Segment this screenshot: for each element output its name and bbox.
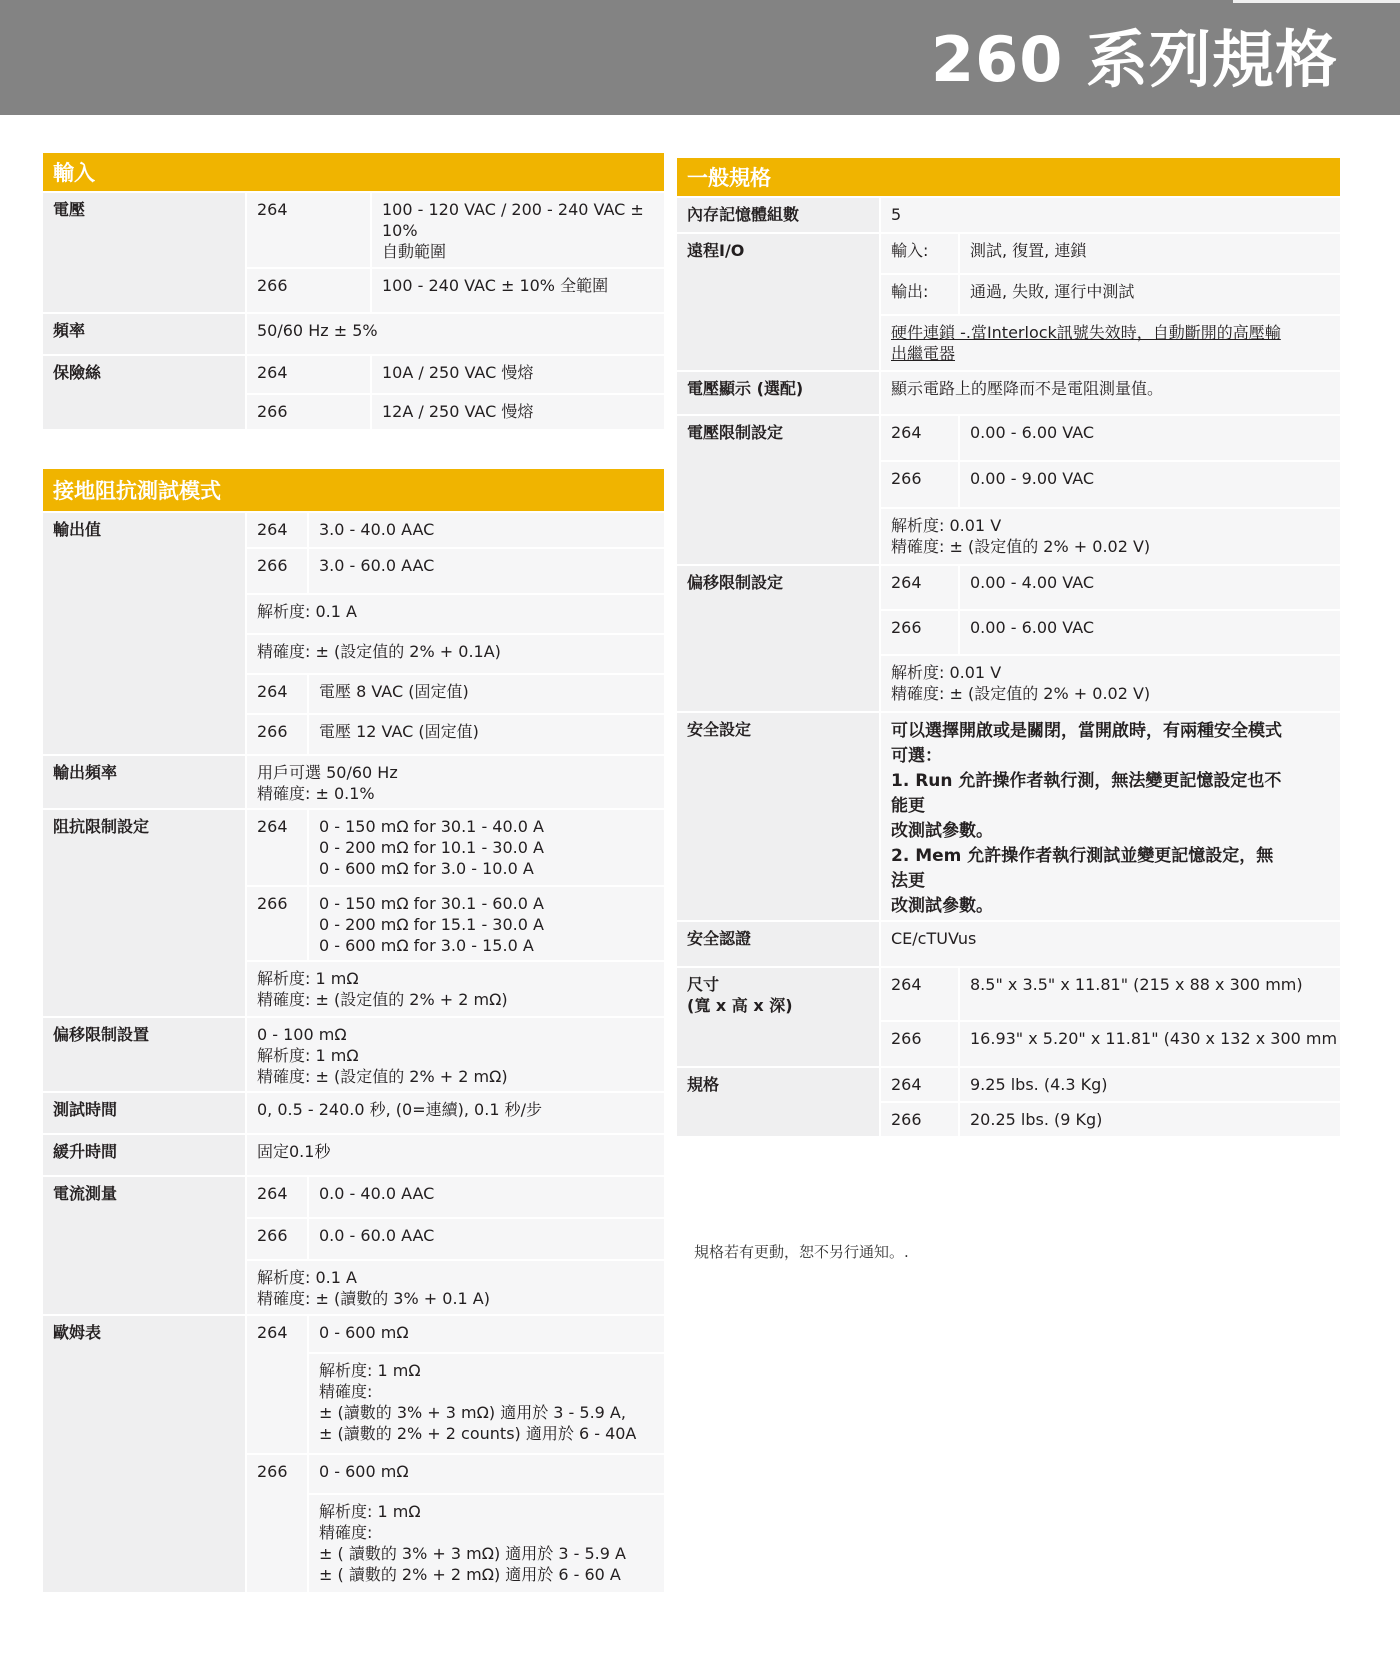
model-266: 266 [247, 1455, 307, 1592]
label-impedance-limit: 阻抗限制設定 [43, 810, 245, 1016]
value-fuse-264: 10A / 250 VAC 慢熔 [372, 356, 664, 393]
section-title-general: 一般規格 [677, 158, 1340, 196]
model-264: 264 [881, 416, 958, 460]
value-frequency: 50/60 Hz ± 5% [247, 314, 664, 354]
value-test-time: 0, 0.5 - 240.0 秒, (0=連續), 0.1 秒/步 [247, 1093, 664, 1133]
remote-io-output-value: 通過, 失敗, 運行中測試 [960, 275, 1340, 314]
model-266: 266 [881, 1103, 958, 1136]
model-264: 264 [247, 675, 307, 713]
model-266: 266 [247, 715, 307, 754]
value-current-264: 0.0 - 40.0 AAC [309, 1177, 664, 1217]
value-current-note: 解析度: 0.1 A 精確度: ± (讀數的 3% + 0.1 A) [247, 1261, 664, 1314]
value-output-freq: 用戶可選 50/60 Hz 精確度: ± 0.1% [247, 756, 664, 808]
value-voltage-264: 100 - 120 VAC / 200 - 240 VAC ± 10% 自動範圍 [372, 193, 664, 267]
label-frequency: 頻率 [43, 314, 245, 354]
label-voltage-limit: 電壓限制設定 [677, 416, 879, 564]
model-264: 264 [881, 1068, 958, 1101]
model-266: 266 [881, 611, 958, 654]
value-ohm-range-266: 0 - 600 mΩ [309, 1455, 664, 1493]
value-resolution: 解析度: 0.1 A [247, 595, 664, 633]
value-safety-cert: CE/cTUVus [881, 922, 1340, 966]
label-output-freq: 輸出頻率 [43, 756, 245, 808]
model-266: 266 [247, 887, 307, 960]
model-266: 266 [881, 1022, 958, 1066]
label-ohmmeter: 歐姆表 [43, 1316, 245, 1592]
label-output-value: 輸出值 [43, 513, 245, 754]
label-test-time: 測試時間 [43, 1093, 245, 1133]
value-offset-limit-266: 0.00 - 6.00 VAC [960, 611, 1340, 654]
page-title: 260 系列規格 [931, 22, 1338, 98]
value-weight-264: 9.25 lbs. (4.3 Kg) [960, 1068, 1340, 1101]
model-264: 264 [881, 566, 958, 609]
label-weight: 規格 [677, 1068, 879, 1136]
value-current-266: 0.0 - 60.0 AAC [309, 1219, 664, 1259]
label-ramp-time: 緩升時間 [43, 1135, 245, 1175]
value-fixed-voltage-266: 電壓 12 VAC (固定值) [309, 715, 664, 754]
value-voltage-266: 100 - 240 VAC ± 10% 全範圍 [372, 269, 664, 312]
remote-io-input-label: 輸入: [881, 234, 958, 273]
value-impedance-266: 0 - 150 mΩ for 30.1 - 60.0 A 0 - 200 mΩ … [309, 887, 664, 960]
section-title-input: 輸入 [43, 153, 664, 191]
value-output-266: 3.0 - 60.0 AAC [309, 549, 664, 593]
value-accuracy: 精確度: ± (設定值的 2% + 0.1A) [247, 635, 664, 673]
value-safety-setting: 可以選擇開啟或是關閉，當開啟時，有兩種安全模式 可選： 1. Run 允許操作者… [881, 713, 1340, 920]
model-266: 266 [247, 1219, 307, 1259]
label-safety-cert: 安全認證 [677, 922, 879, 966]
value-ramp-time: 固定0.1秒 [247, 1135, 664, 1175]
value-memory: 5 [881, 198, 1340, 232]
header-banner: 260 系列規格 [0, 0, 1400, 115]
model-264: 264 [247, 1316, 307, 1453]
value-voltage-display: 顯示電路上的壓降而不是電阻測量值。 [881, 372, 1340, 414]
remote-io-output-label: 輸出: [881, 275, 958, 314]
label-offset-limit: 偏移限制設定 [677, 566, 879, 711]
value-voltage-limit-266: 0.00 - 9.00 VAC [960, 462, 1340, 507]
value-dimensions-266: 16.93" x 5.20" x 11.81" (430 x 132 x 300… [960, 1022, 1340, 1066]
label-offset-limit: 偏移限制設置 [43, 1018, 245, 1091]
label-current-meas: 電流測量 [43, 1177, 245, 1314]
label-memory: 內存記憶體組數 [677, 198, 879, 232]
label-voltage-display: 電壓顯示 (選配) [677, 372, 879, 414]
footnote: 規格若有更動，恕不另行通知。. [694, 1241, 909, 1262]
model-264: 264 [247, 356, 370, 393]
value-voltage-limit-note: 解析度: 0.01 V 精確度: ± (設定值的 2% + 0.02 V) [881, 509, 1340, 564]
value-ohm-note-264: 解析度: 1 mΩ 精確度: ± (讀數的 3% + 3 mΩ) 適用於 3 -… [309, 1354, 664, 1453]
label-safety-setting: 安全設定 [677, 713, 879, 920]
value-impedance-note: 解析度: 1 mΩ 精確度: ± (設定值的 2% + 2 mΩ) [247, 962, 664, 1016]
value-offset-limit: 0 - 100 mΩ 解析度: 1 mΩ 精確度: ± (設定值的 2% + 2… [247, 1018, 664, 1091]
value-output-264: 3.0 - 40.0 AAC [309, 513, 664, 547]
banner-notch [1233, 0, 1400, 3]
model-266: 266 [247, 395, 370, 429]
model-264: 264 [881, 968, 958, 1020]
value-impedance-264: 0 - 150 mΩ for 30.1 - 40.0 A 0 - 200 mΩ … [309, 810, 664, 885]
value-ohm-note-266: 解析度: 1 mΩ 精確度: ± ( 讀數的 3% + 3 mΩ) 適用於 3 … [309, 1495, 664, 1592]
model-264: 264 [247, 513, 307, 547]
value-offset-limit-note: 解析度: 0.01 V 精確度: ± (設定值的 2% + 0.02 V) [881, 656, 1340, 711]
remote-io-input-value: 測試, 復置, 連鎖 [960, 234, 1340, 273]
model-264: 264 [247, 810, 307, 885]
value-fixed-voltage-264: 電壓 8 VAC (固定值) [309, 675, 664, 713]
value-weight-266: 20.25 lbs. (9 Kg) [960, 1103, 1340, 1136]
label-voltage: 電壓 [43, 193, 245, 312]
label-dimensions: 尺寸 (寬 x 高 x 深) [677, 968, 879, 1066]
value-ohm-range-264: 0 - 600 mΩ [309, 1316, 664, 1352]
remote-io-interlock: 硬件連鎖 -.當Interlock訊號失效時，自動斷開的高壓輸 出繼電器 [881, 316, 1340, 370]
model-266: 266 [247, 549, 307, 593]
value-voltage-limit-264: 0.00 - 6.00 VAC [960, 416, 1340, 460]
value-dimensions-264: 8.5" x 3.5" x 11.81" (215 x 88 x 300 mm) [960, 968, 1340, 1020]
model-264: 264 [247, 193, 370, 267]
value-fuse-266: 12A / 250 VAC 慢熔 [372, 395, 664, 429]
label-fuse: 保險絲 [43, 356, 245, 429]
model-266: 266 [881, 462, 958, 507]
model-264: 264 [247, 1177, 307, 1217]
model-266: 266 [247, 269, 370, 312]
value-offset-limit-264: 0.00 - 4.00 VAC [960, 566, 1340, 609]
section-title-ground: 接地阻抗測試模式 [43, 469, 664, 511]
label-remote-io: 遠程I/O [677, 234, 879, 370]
